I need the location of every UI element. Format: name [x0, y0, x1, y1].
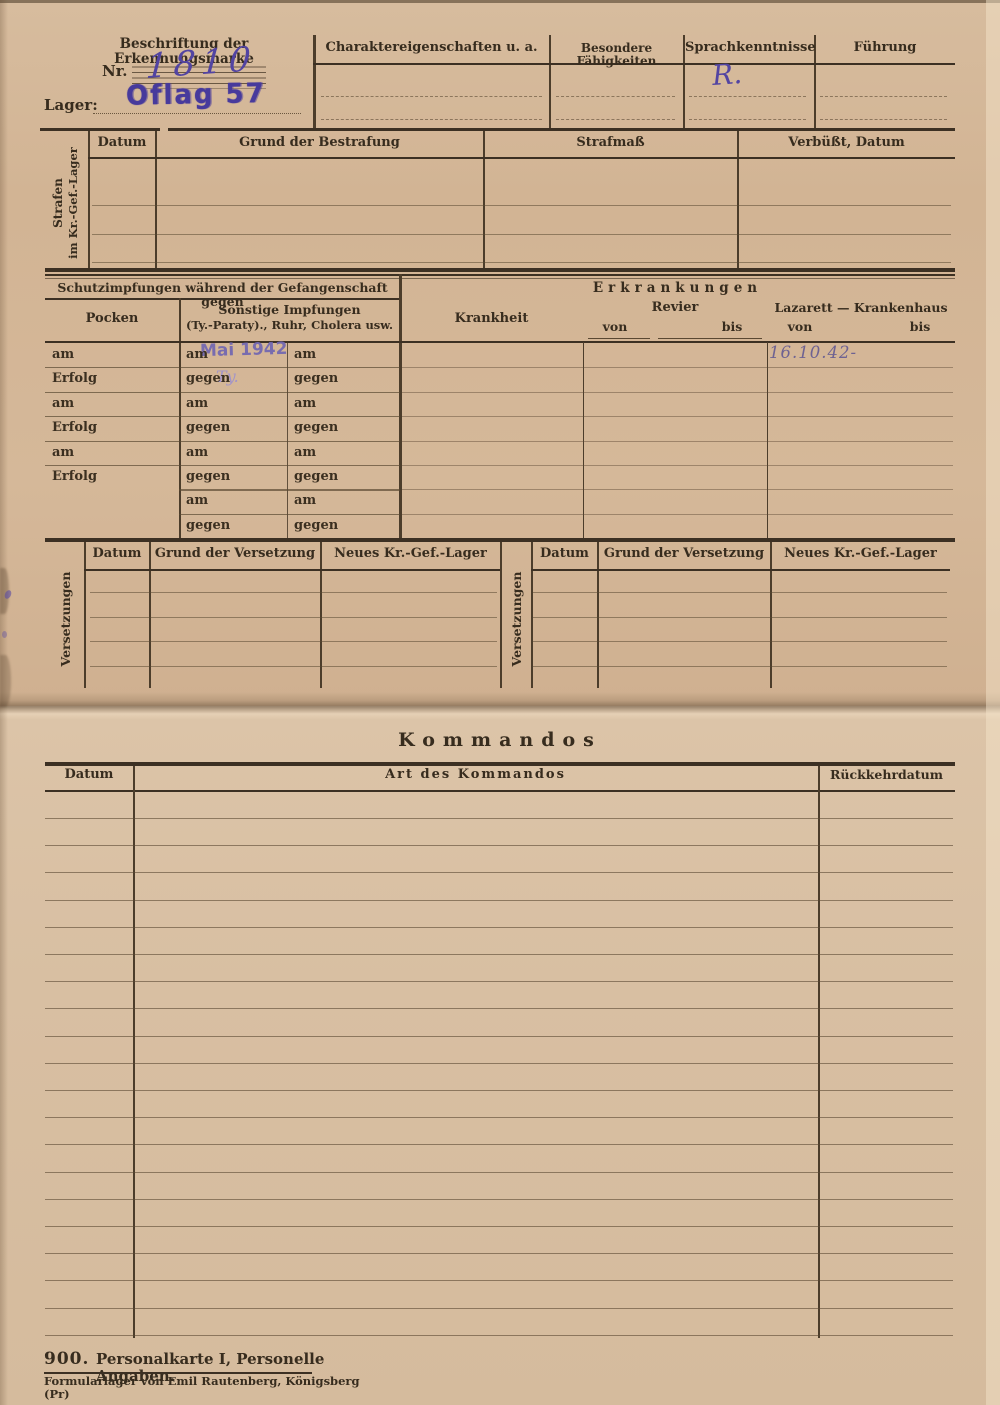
- kommandos-divider-2: [818, 766, 820, 1338]
- strafen-col-grund: Grund der Bestrafung: [156, 136, 483, 151]
- strafen-header-underline: [88, 157, 955, 159]
- lager-dotted-line: [93, 113, 301, 114]
- rule-line: [45, 1226, 953, 1227]
- rule-line: [179, 392, 400, 394]
- rule-line: [533, 617, 947, 618]
- rule-line: [533, 641, 947, 642]
- rule-line: [533, 592, 947, 593]
- rule-line: [402, 367, 953, 368]
- impf-sonstige2-cell-label: am: [294, 396, 316, 411]
- rule-line: [45, 845, 953, 846]
- erkrankungen-col-revier: Revier: [583, 301, 767, 316]
- impf-sonstige2-cell-label: am: [294, 445, 316, 460]
- rule-line: [45, 1008, 953, 1009]
- impf-header-underline: [45, 298, 400, 300]
- traits-col-charakter: Charaktereigenschaften u. a.: [315, 41, 548, 56]
- traits-col-faehigkeiten: Besondere Fähigkeiten: [551, 42, 682, 69]
- rule-line: [402, 441, 953, 442]
- versetz-left-label-divider: [84, 542, 86, 688]
- rule-line: [179, 367, 400, 368]
- rule-line: [45, 954, 953, 955]
- versetzungen-right-side-label-text: Versetzungen: [509, 552, 525, 686]
- versetz-left-header-underline: [84, 569, 500, 571]
- rule-line: [90, 666, 497, 667]
- lazarett-bis-label: bis: [900, 320, 940, 334]
- kommandos-col-rueckkehrdatum: Rückkehrdatum: [818, 768, 955, 782]
- rule-line: [402, 465, 953, 466]
- rule-line: [45, 818, 953, 819]
- rule-line: [45, 1117, 953, 1118]
- strafen-top-border-b: [168, 128, 955, 131]
- impf-pocken-cell-label: am: [52, 445, 74, 460]
- rule-line: [45, 1090, 953, 1091]
- card-seam-crease: [0, 692, 1000, 720]
- dashed-rule-line: [820, 119, 947, 120]
- footer-printer-line: Formularlager von Emil Rautenberg, König…: [44, 1375, 364, 1401]
- impf-sonstige2-cell-label: gegen: [294, 420, 338, 435]
- strafen-top-border-a: [40, 128, 160, 131]
- rule-line: [45, 1063, 953, 1064]
- versetzungen-right-side-label: Versetzungen: [502, 552, 532, 686]
- rule-line: [90, 617, 497, 618]
- versetz-left-col-neues-lager: Neues Kr.-Gef.-Lager: [321, 547, 500, 562]
- lazarett-date-handwritten: 16.10.42-: [769, 343, 857, 362]
- dashed-rule-line: [689, 96, 806, 97]
- impf-col-sonstige-line2: (Ty.-Paraty)., Ruhr, Cholera usw.: [179, 319, 400, 332]
- kommandos-divider-1: [133, 766, 135, 1338]
- rule-line: [90, 592, 497, 593]
- ink-speck-2: [2, 631, 7, 638]
- rule-line: [402, 514, 953, 515]
- versetz-right-col-datum: Datum: [532, 547, 597, 562]
- rule-line: [179, 465, 400, 466]
- rule-line: [45, 1036, 953, 1037]
- impf-sonstige2-cell-label: gegen: [294, 371, 338, 386]
- impf-sonstige1-cell-label: am: [186, 347, 208, 362]
- kommandos-col-datum: Datum: [45, 768, 133, 783]
- rule-line: [402, 416, 953, 417]
- rule-line: [45, 1308, 953, 1309]
- impf-pocken-cell-label: am: [52, 347, 74, 362]
- footer-form-number: 900.: [44, 1350, 94, 1369]
- rule-line: [179, 489, 400, 491]
- rule-line: [402, 489, 953, 490]
- rule-line: [45, 981, 953, 982]
- kommandos-title: Kommandos: [0, 730, 1000, 751]
- revier-bis-label: bis: [712, 320, 752, 334]
- impf-top-border-2: [45, 278, 955, 279]
- erkrankungen-header: Erkrankungen: [400, 281, 955, 296]
- strafen-side-label-line2: im Kr.-Gef.-Lager: [66, 140, 80, 266]
- impf-sonstige2-cell-label: am: [294, 493, 316, 508]
- strafen-side-label-line1: Strafen: [51, 140, 66, 266]
- strafen-divider-2: [483, 131, 485, 268]
- dashed-rule-line: [689, 119, 806, 120]
- traits-col-sprachkenntnisse: Sprachkenntnisse: [685, 41, 813, 56]
- rule-line: [45, 1253, 953, 1254]
- rule-line: [45, 1172, 953, 1173]
- rule-line: [45, 1280, 953, 1281]
- strafen-bottom-border: [45, 268, 955, 272]
- kommandos-col-art: Art des Kommandos: [133, 768, 818, 783]
- rule-line: [45, 465, 179, 466]
- versetz-right-header-underline: [531, 569, 950, 571]
- impf-pocken-cell-label: Erfolg: [52, 420, 97, 435]
- erkrankungen-col-krankheit: Krankheit: [400, 312, 583, 327]
- impf-sonstige1-cell-label: gegen: [186, 420, 230, 435]
- dashed-rule-line: [556, 119, 675, 120]
- strafen-label-divider: [88, 131, 90, 268]
- revier-bis-underline: [658, 338, 762, 339]
- rule-line: [45, 872, 953, 873]
- rule-line: [45, 441, 179, 443]
- rule-line: [45, 1199, 953, 1200]
- versetzungen-left-side-label-text: Versetzungen: [58, 552, 74, 686]
- impf-col-sonstige-line1: Sonstige Impfungen: [179, 303, 400, 317]
- rule-line: [45, 1144, 953, 1145]
- rule-line: [402, 392, 953, 393]
- versetz-left-col-grund: Grund der Versetzung: [150, 547, 320, 562]
- bottom-card-paper: [0, 706, 1000, 1405]
- rule-line: [533, 666, 947, 667]
- rule-line: [90, 641, 497, 642]
- dashed-rule-line: [321, 119, 542, 120]
- impf-top-border: [45, 274, 955, 276]
- impf-pocken-cell-label: Erfolg: [52, 469, 97, 484]
- rule-line: [45, 1335, 953, 1336]
- impf-sonstige2-cell-label: gegen: [294, 518, 338, 533]
- personalkarte-document: Beschriftung der Erkennungsmarke Nr. 181…: [0, 0, 1000, 1405]
- strafen-col-verbuesst: Verbüßt, Datum: [738, 136, 955, 151]
- impf-pocken-divider: [179, 298, 181, 538]
- versetz-right-col-neues-lager: Neues Kr.-Gef.-Lager: [771, 547, 950, 562]
- dashed-rule-line: [321, 96, 542, 97]
- rule-line: [179, 441, 400, 443]
- impf-date-stamp: Mai 1942: [200, 339, 288, 361]
- impf-sonstige1-cell-label: gegen: [186, 469, 230, 484]
- right-edge-highlight: [986, 0, 1000, 1405]
- impf-sonstige1-cell-label: am: [186, 493, 208, 508]
- strafen-col-datum: Datum: [89, 136, 155, 151]
- impf-sonstige2-cell-label: gegen: [294, 469, 338, 484]
- lager-label: Lager:: [44, 97, 96, 114]
- impf-sonstige1-cell-label: gegen: [186, 371, 230, 386]
- rule-line: [45, 927, 953, 928]
- impf-col-pocken: Pocken: [45, 312, 179, 327]
- lager-stamp: Oflag 57: [126, 78, 266, 112]
- rule-line: [179, 416, 400, 417]
- versetzungen-left-side-label: Versetzungen: [50, 552, 82, 686]
- strafen-col-strafmass: Strafmaß: [484, 136, 737, 151]
- impf-sonstige1-cell-label: am: [186, 445, 208, 460]
- dashed-rule-line: [820, 96, 947, 97]
- impf-pocken-cell-label: am: [52, 396, 74, 411]
- erkrankungen-col-lazarett: Lazarett — Krankenhaus: [767, 301, 955, 315]
- dashed-rule-line: [556, 96, 675, 97]
- kommandos-top-border: [45, 762, 955, 766]
- sprachkenntnisse-handwritten-entry: R.: [711, 57, 743, 92]
- lazarett-von-label: von: [780, 320, 820, 334]
- impf-sonstige2-cell-label: am: [294, 347, 316, 362]
- versetz-right-col-grund: Grund der Versetzung: [598, 547, 770, 562]
- rule-line: [45, 416, 179, 417]
- revier-von-underline: [588, 338, 650, 339]
- strafen-side-label: Strafen im Kr.-Gef.-Lager: [46, 140, 90, 266]
- versetz-left-col-datum: Datum: [85, 547, 149, 562]
- impf-sonstige1-cell-label: am: [186, 396, 208, 411]
- rule-line: [45, 367, 179, 368]
- strafen-divider-1: [155, 131, 157, 268]
- rule-line: [45, 392, 179, 394]
- strafen-divider-3: [737, 131, 739, 268]
- traits-col-fuehrung: Führung: [816, 41, 954, 56]
- impf-pocken-cell-label: Erfolg: [52, 371, 97, 386]
- impf-sonstige1-cell-label: gegen: [186, 518, 230, 533]
- left-edge-blotch-2: [0, 655, 11, 707]
- nr-label: Nr.: [102, 63, 136, 80]
- rule-line: [45, 900, 953, 901]
- rule-line: [92, 205, 951, 206]
- rule-line: [92, 262, 951, 263]
- rule-line: [179, 514, 400, 515]
- rule-line: [92, 234, 951, 235]
- revier-von-label: von: [595, 320, 635, 334]
- top-edge-shadow: [0, 0, 1000, 3]
